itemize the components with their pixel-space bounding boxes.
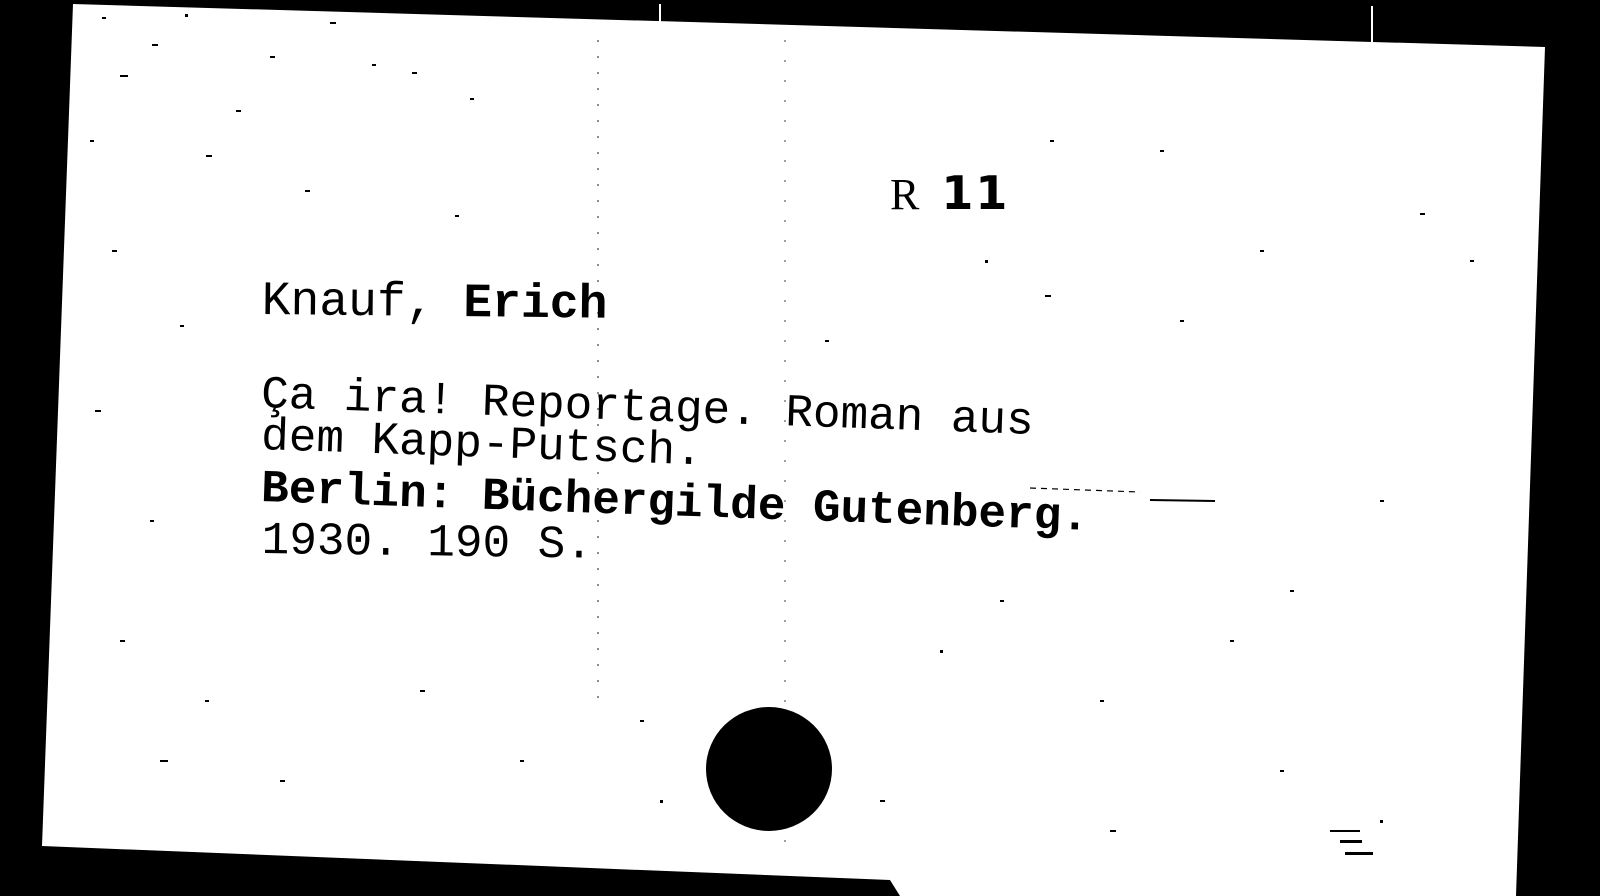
punch-hole — [706, 707, 832, 831]
call-number-prefix: R — [890, 170, 927, 219]
entry-line-collation: 1930. 190 S. — [261, 518, 593, 569]
call-number-value: 11 — [941, 166, 1009, 220]
author-given-name: Erich — [463, 277, 608, 333]
scan-stage: R11 Knauf, Erich Ça ira! Reportage. Roma… — [0, 0, 1600, 896]
author-heading: Knauf, Erich — [261, 278, 607, 330]
author-surname: Knauf, — [261, 275, 434, 331]
call-number: R11 — [890, 170, 1009, 217]
